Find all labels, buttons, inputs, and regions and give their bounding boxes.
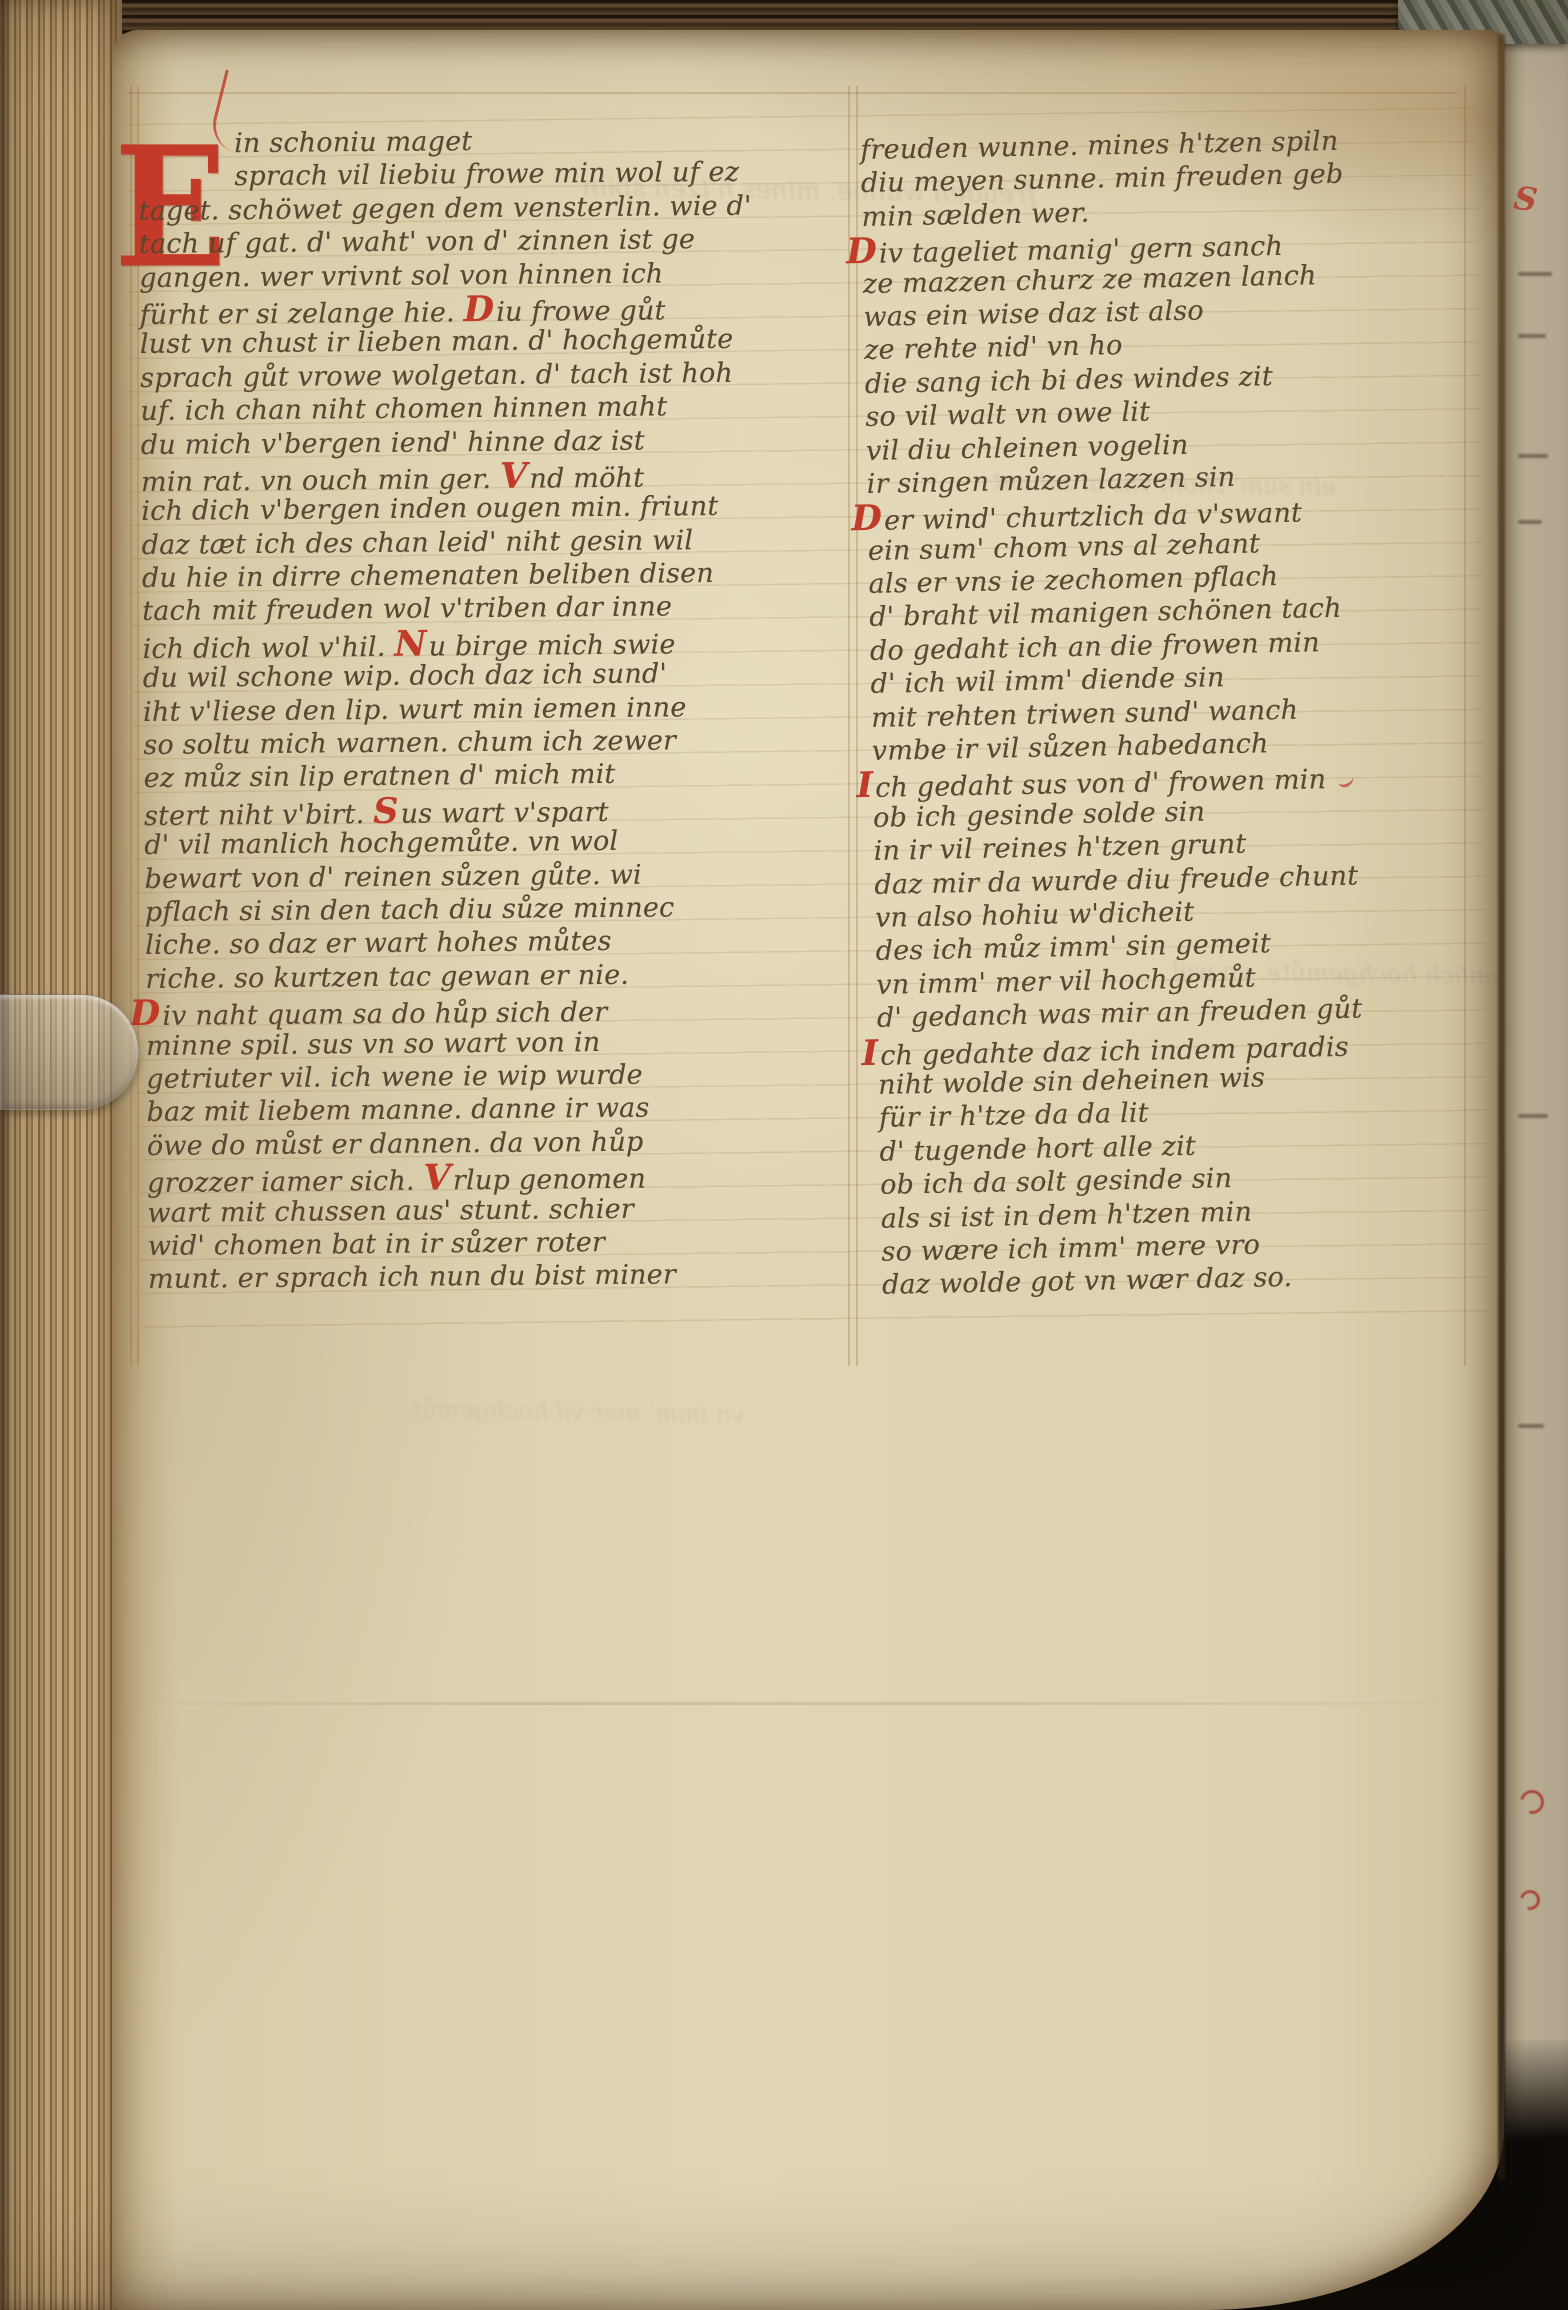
next-page-text-fragment — [1518, 272, 1552, 276]
rubric-initial: S — [373, 791, 399, 832]
text-line: munt. er sprach ich nun du bist miner — [148, 1257, 864, 1297]
next-page-initial: S — [1511, 179, 1539, 220]
show-through-text: vn imm' mer vil hochgemůt — [412, 1395, 745, 1429]
page-gutter-crease — [1498, 34, 1505, 2180]
rubric-initial: D — [463, 289, 494, 330]
next-page-rubric-mark — [1516, 1786, 1549, 1819]
bookmark-tab — [0, 994, 139, 1110]
text-column-right: freuden wunne. mines h'tzen spilndiu mey… — [860, 122, 1504, 1303]
next-page-text-fragment — [1518, 454, 1548, 458]
next-page-edge: S — [1502, 34, 1568, 2192]
parchment-crease — [112, 1702, 1504, 1705]
ruling-top-line — [128, 92, 1458, 94]
rubric-initial: N — [394, 623, 427, 664]
rubric-initial: D — [851, 498, 882, 540]
rubric-initial: D — [846, 231, 877, 273]
manuscript-page: E in schoniu magetsprach vil liebiu frow… — [112, 30, 1504, 2310]
next-page-text-fragment — [1518, 1114, 1548, 1118]
rubric-initial: I — [856, 765, 873, 806]
next-page-text-fragment — [1518, 1424, 1544, 1428]
rubric-initial: I — [861, 1032, 878, 1073]
rubric-initial: V — [423, 1157, 451, 1198]
manuscript-photo: S E in schoniu magetsprach vil liebiu fr… — [0, 0, 1568, 2310]
show-through-text: ein sum' chom vns al zehant — [992, 467, 1336, 501]
next-page-text-fragment — [1518, 520, 1542, 524]
rubric-initial: V — [500, 456, 528, 497]
next-page-rubric-mark — [1516, 1886, 1543, 1913]
text-column-left: in schoniu magetsprach vil liebiu frowe … — [138, 122, 864, 1297]
book-fore-edge — [0, 0, 122, 2310]
next-page-text-fragment — [1518, 334, 1546, 338]
